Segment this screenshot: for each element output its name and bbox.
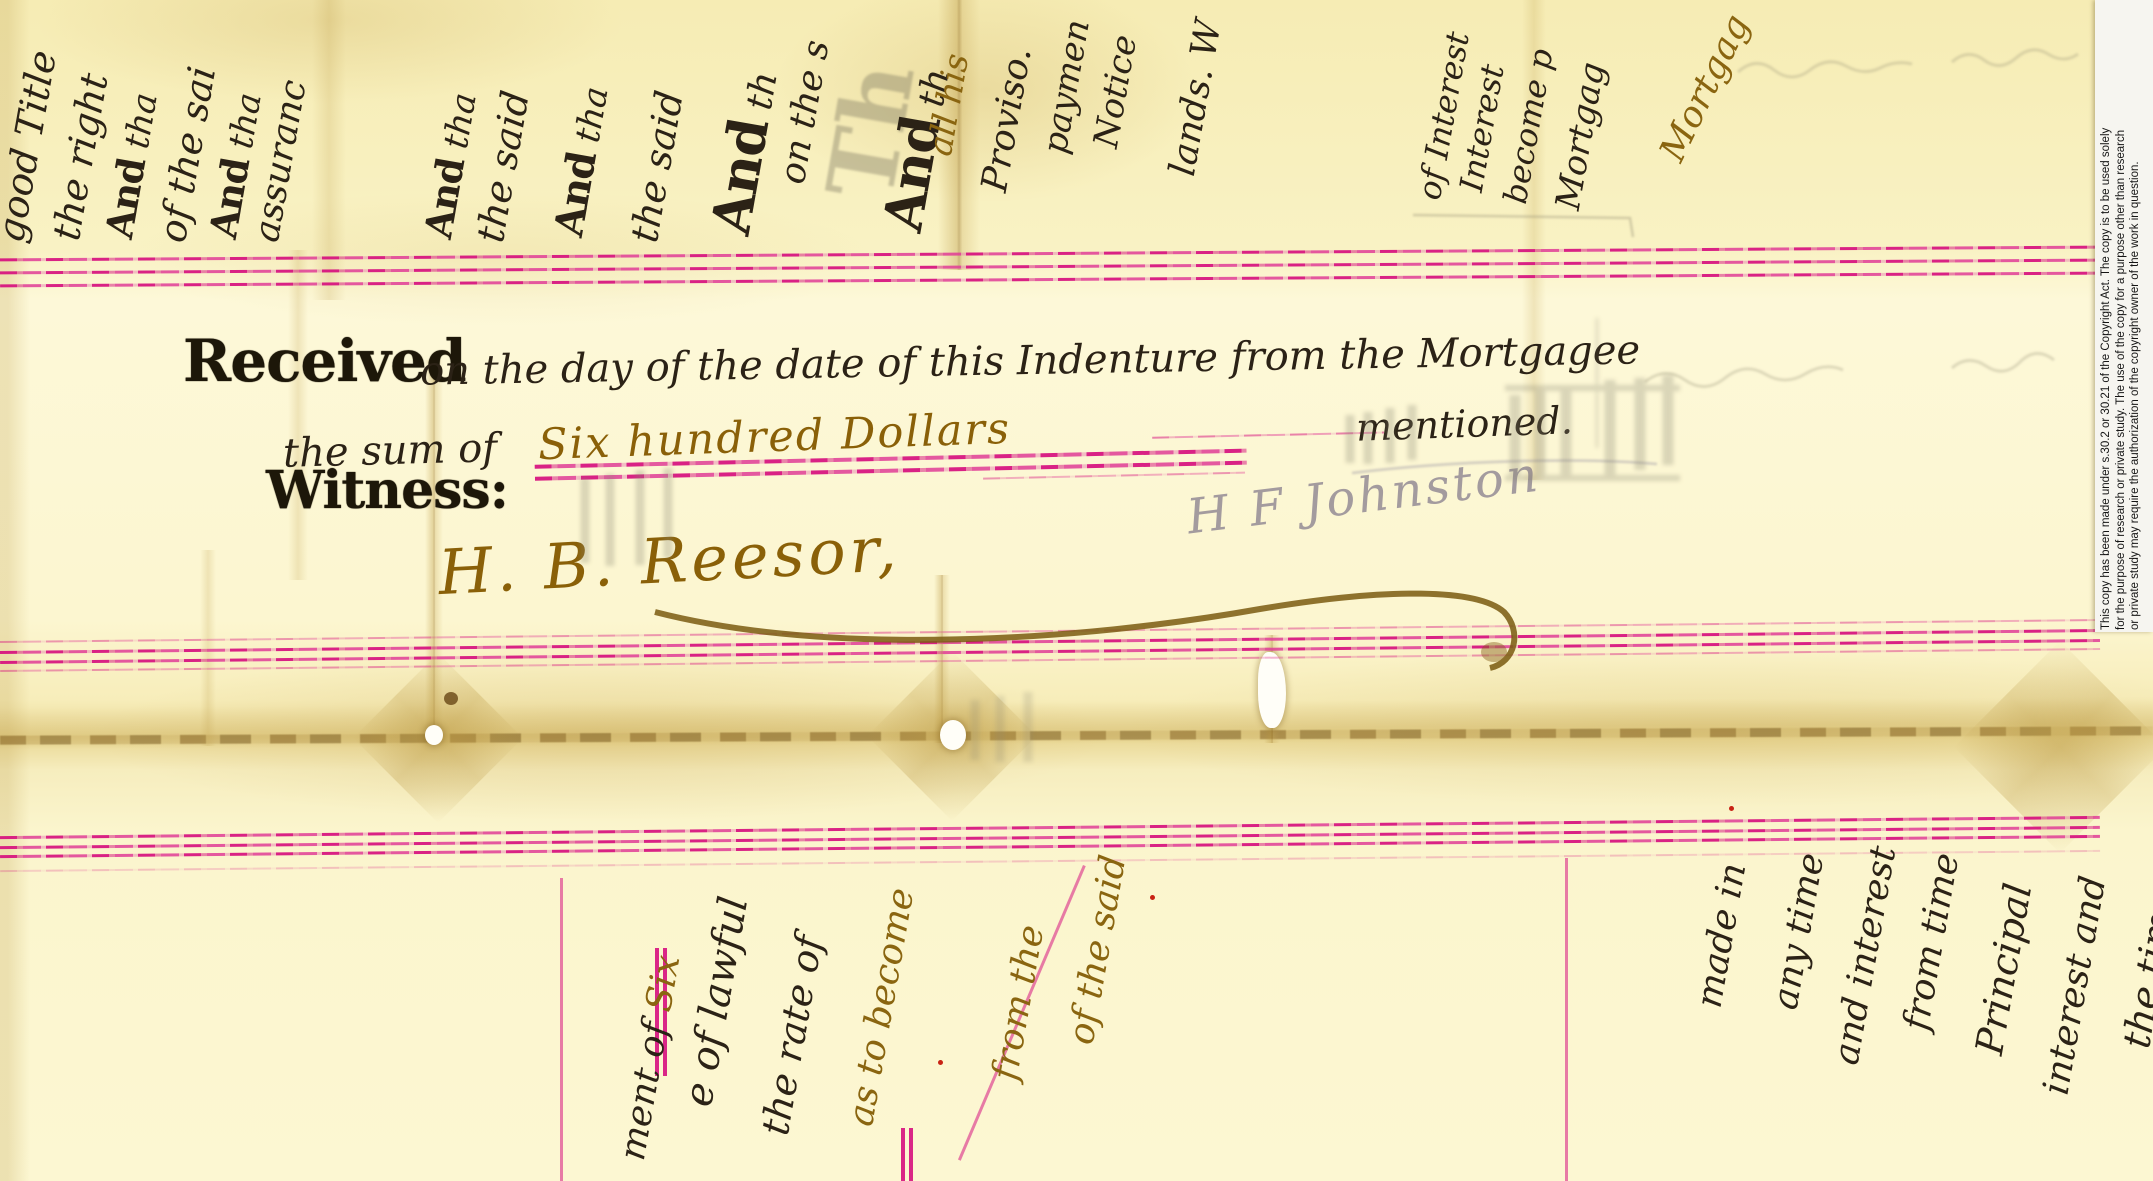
vertical-crease (288, 250, 308, 580)
paper-hole (425, 725, 443, 745)
red-fleck (938, 1060, 943, 1065)
copyright-line: This copy has been made under s.30.2 or … (2099, 4, 2114, 630)
manuscript-line: And tha (545, 83, 618, 241)
manuscript-line: the said (622, 87, 692, 245)
manuscript-line: from the (985, 922, 1053, 1083)
document-paper: Th good Titlethe rightAnd thaof the saiA… (0, 0, 2153, 1181)
red-fleck (1729, 806, 1734, 811)
manuscript-line: ment of Six (612, 952, 688, 1163)
manuscript-line: from time (1896, 850, 1967, 1034)
manuscript-line: e of lawful (675, 893, 757, 1110)
rotated-underline (901, 1128, 905, 1181)
mentioned-word: mentioned. (1355, 398, 1573, 450)
witness-label: Witness: (266, 460, 508, 521)
witness-signature: H. B. Reesor, (436, 512, 901, 609)
paper-hole (940, 720, 966, 750)
manuscript-line: Notice (1086, 32, 1145, 151)
manuscript-line: of the said (1061, 852, 1135, 1048)
ruling-band-middle (0, 619, 2100, 675)
stain-spot (444, 692, 458, 705)
manuscript-line: and interest (1826, 843, 1905, 1068)
manuscript-line: as to become (840, 885, 922, 1129)
manuscript-line: the time (2114, 886, 2153, 1051)
receipt-line1: on the day of the date of this Indenture… (420, 327, 1641, 394)
copyright-line: for the purpose of research or private s… (2114, 4, 2129, 630)
rotated-underline (909, 1128, 913, 1181)
manuscript-line: interest and (2036, 873, 2115, 1098)
margin-rule (1565, 858, 1568, 1181)
scanned-mortgage-document: { "colors": { "paper": "#f9f2c4", "ink_b… (0, 0, 2153, 1181)
manuscript-line: made in (1689, 860, 1755, 1011)
manuscript-line: Mortgag (1652, 8, 1758, 168)
manuscript-line: any time (1765, 850, 1833, 1013)
manuscript-line: the rate of (753, 932, 831, 1138)
manuscript-line: lands. W (1162, 17, 1230, 179)
copyright-notice-text: This copy has been made under s.30.2 or … (2099, 4, 2153, 630)
copyright-line: or private study may require the authori… (2128, 4, 2143, 630)
red-fleck (1150, 895, 1155, 900)
margin-rule (560, 878, 563, 1181)
vertical-crease (312, 0, 346, 300)
ruling-band-lower (0, 816, 2100, 878)
manuscript-line: Principal (1967, 880, 2040, 1058)
manuscript-line: Mortgag (1548, 59, 1613, 213)
manuscript-line: Proviso. (974, 44, 1040, 195)
paper-tear (1258, 652, 1286, 728)
